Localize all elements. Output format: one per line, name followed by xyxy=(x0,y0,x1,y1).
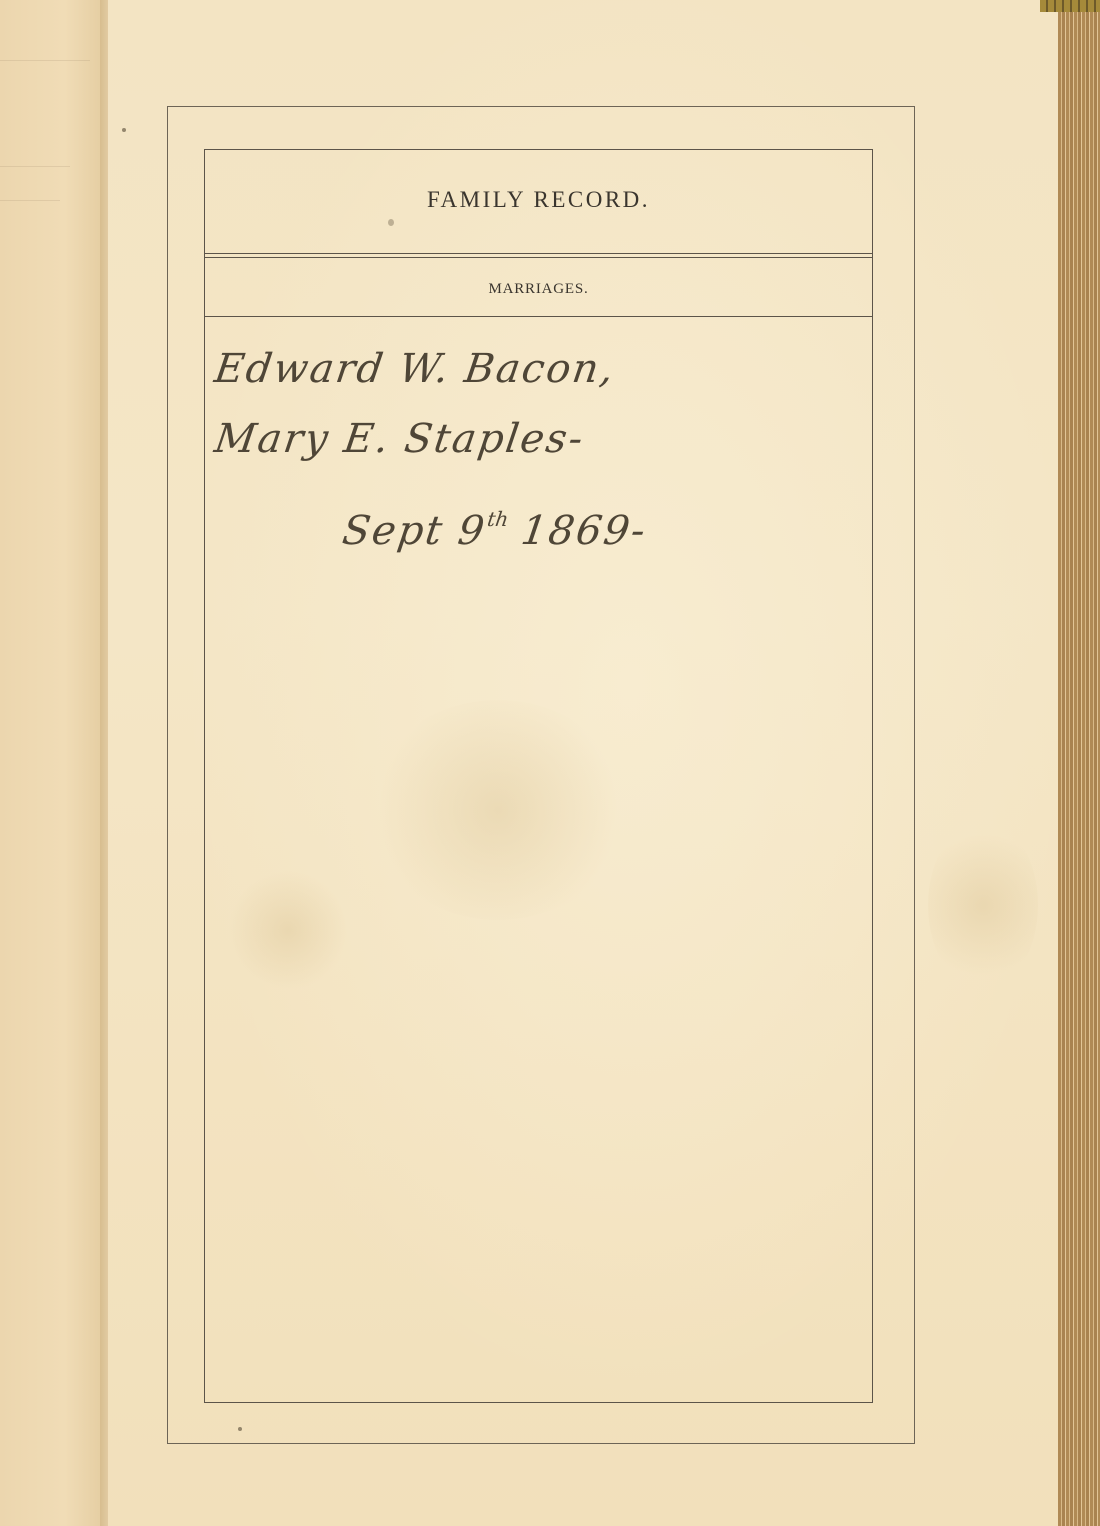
paper-stain xyxy=(928,820,1038,990)
entry-groom-name: Edward W. Bacon, xyxy=(212,349,618,389)
record-frame: FAMILY RECORD. MARRIAGES. Edward W. Baco… xyxy=(204,149,873,1403)
section-heading-cell: MARRIAGES. xyxy=(205,258,872,317)
ink-speck xyxy=(238,1427,242,1431)
title-cell: FAMILY RECORD. xyxy=(205,150,872,254)
entry-bride-name: Mary E. Staples- xyxy=(212,419,587,459)
ink-speck xyxy=(122,128,126,132)
entry-date: Sept 9th 1869- xyxy=(340,509,650,551)
ink-speck xyxy=(388,219,394,226)
marriage-entries-area: Edward W. Bacon, Mary E. Staples- Sept 9… xyxy=(205,317,872,1402)
faint-print-line xyxy=(0,200,60,201)
faint-print-line xyxy=(0,166,70,167)
entry-date-ordinal: th xyxy=(486,507,510,531)
page-title: FAMILY RECORD. xyxy=(427,187,650,213)
page-edges xyxy=(1058,12,1100,1526)
left-facing-page xyxy=(0,0,108,1526)
faint-print-line xyxy=(0,60,90,61)
entry-date-year: 1869- xyxy=(518,508,650,554)
book-binding-edge xyxy=(1040,0,1100,12)
entry-date-day: Sept 9 xyxy=(340,508,489,554)
section-heading: MARRIAGES. xyxy=(488,281,588,298)
